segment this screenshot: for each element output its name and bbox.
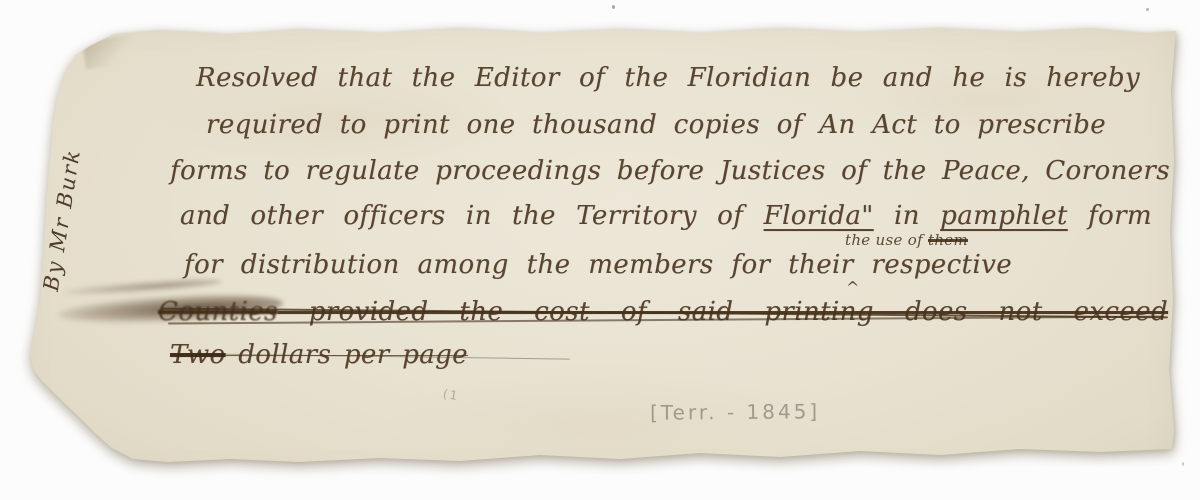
interlinear-insertion: the use of them: [845, 231, 968, 249]
manuscript-line-2: required to print one thousand copies of…: [206, 110, 1106, 140]
pencil-mark: (1: [442, 387, 461, 404]
interlinear-text: the use of: [845, 231, 928, 249]
manuscript-line-1: Resolved that the Editor of the Floridia…: [196, 63, 1140, 93]
line5-text: for distribution among the members for t…: [184, 250, 1012, 280]
line3-text: forms to regulate proceedings before Jus…: [170, 156, 1170, 186]
line4-underlined-florida: Florida": [764, 201, 874, 231]
insertion-caret-mark: ^: [846, 278, 859, 297]
paper-corner-fold: [82, 35, 135, 70]
line4-text: in: [874, 201, 941, 231]
line4-underlined-pamphlet: pamphlet: [940, 201, 1068, 231]
line4-text: and other officers in the Territory of: [180, 201, 764, 231]
line7-text: dollars per page: [226, 340, 468, 370]
catalog-pencil-note: [Terr. - 1845]: [650, 399, 820, 424]
line7-struck-word: Two: [170, 340, 226, 370]
manuscript-line-7: Two dollars per page: [170, 340, 468, 370]
line1-text: Resolved that the Editor of the Floridia…: [196, 63, 1140, 93]
interlinear-struck-word: them: [928, 231, 968, 249]
paper-surface: Resolved that the Editor of the Floridia…: [0, 0, 1200, 500]
scan-background: Resolved that the Editor of the Floridia…: [0, 0, 1200, 500]
manuscript-line-4: and other officers in the Territory of F…: [180, 201, 1152, 231]
line4-text: form: [1068, 201, 1152, 231]
line2-text: required to print one thousand copies of…: [206, 110, 1106, 140]
manuscript-line-5: for distribution among the members for t…: [184, 250, 1012, 280]
manuscript-line-3: forms to regulate proceedings before Jus…: [170, 156, 1170, 186]
manuscript-paper: Resolved that the Editor of the Floridia…: [0, 0, 1200, 500]
